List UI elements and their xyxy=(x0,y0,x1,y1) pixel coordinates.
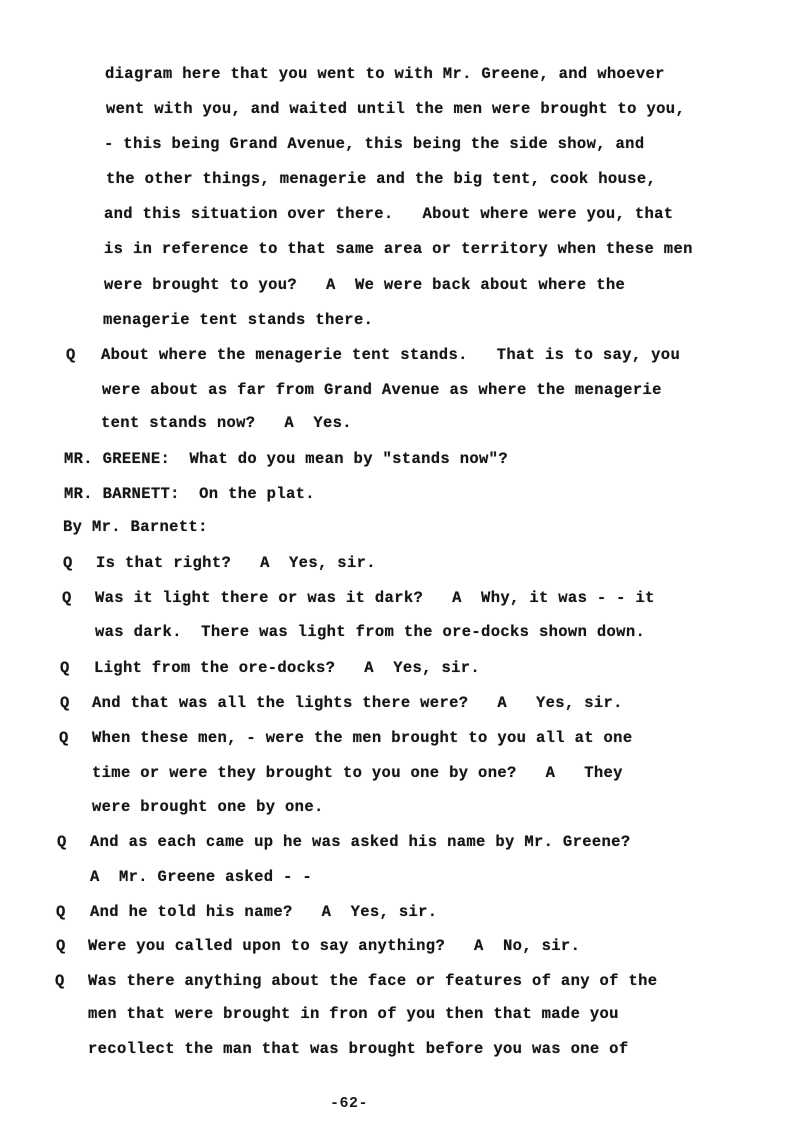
transcript-page: diagram here that you went to with Mr. G… xyxy=(0,0,800,1142)
qa-marker: Q xyxy=(57,832,67,852)
line-text: time or were they brought to you one by … xyxy=(92,763,623,783)
qa-marker: Q xyxy=(62,588,72,608)
line-text: About where the menagerie tent stands. T… xyxy=(101,345,680,365)
qa-marker: Q xyxy=(59,728,69,748)
line-text: Light from the ore-docks? A Yes, sir. xyxy=(94,658,480,678)
qa-marker: Q xyxy=(60,693,70,713)
line-text: is in reference to that same area or ter… xyxy=(104,239,693,259)
qa-marker: Q xyxy=(56,936,66,956)
line-text: were brought to you? A We were back abou… xyxy=(104,275,625,295)
line-text: And that was all the lights there were? … xyxy=(92,693,623,713)
line-text: and this situation over there. About whe… xyxy=(104,204,673,224)
line-text: Were you called upon to say anything? A … xyxy=(88,936,580,956)
line-text: men that were brought in fron of you the… xyxy=(88,1004,619,1024)
line-text: were brought one by one. xyxy=(92,797,324,817)
line-text: Is that right? A Yes, sir. xyxy=(96,553,376,573)
qa-marker: Q xyxy=(60,658,70,678)
qa-marker: Q xyxy=(56,902,66,922)
line-text: And he told his name? A Yes, sir. xyxy=(90,902,437,922)
line-text: By Mr. Barnett: xyxy=(63,517,208,537)
line-text: was dark. There was light from the ore-d… xyxy=(95,622,645,642)
line-text: And as each came up he was asked his nam… xyxy=(90,832,630,852)
qa-marker: Q xyxy=(66,345,76,365)
line-text: Was there anything about the face or fea… xyxy=(88,971,657,991)
line-text: went with you, and waited until the men … xyxy=(106,99,685,119)
line-text: diagram here that you went to with Mr. G… xyxy=(105,64,665,84)
line-text: MR. BARNETT: On the plat. xyxy=(64,484,315,504)
line-text: A Mr. Greene asked - - xyxy=(90,867,312,887)
line-text: were about as far from Grand Avenue as w… xyxy=(102,380,662,400)
line-text: tent stands now? A Yes. xyxy=(101,413,352,433)
line-text: menagerie tent stands there. xyxy=(103,310,373,330)
line-text: the other things, menagerie and the big … xyxy=(106,169,656,189)
line-text: MR. GREENE: What do you mean by "stands … xyxy=(64,449,508,469)
qa-marker: Q xyxy=(63,553,73,573)
qa-marker: Q xyxy=(55,971,65,991)
line-text: Was it light there or was it dark? A Why… xyxy=(95,588,655,608)
line-text: When these men, - were the men brought t… xyxy=(92,728,632,748)
line-text: recollect the man that was brought befor… xyxy=(88,1039,628,1059)
line-text: - this being Grand Avenue, this being th… xyxy=(104,134,644,154)
page-number: -62- xyxy=(330,1095,368,1112)
